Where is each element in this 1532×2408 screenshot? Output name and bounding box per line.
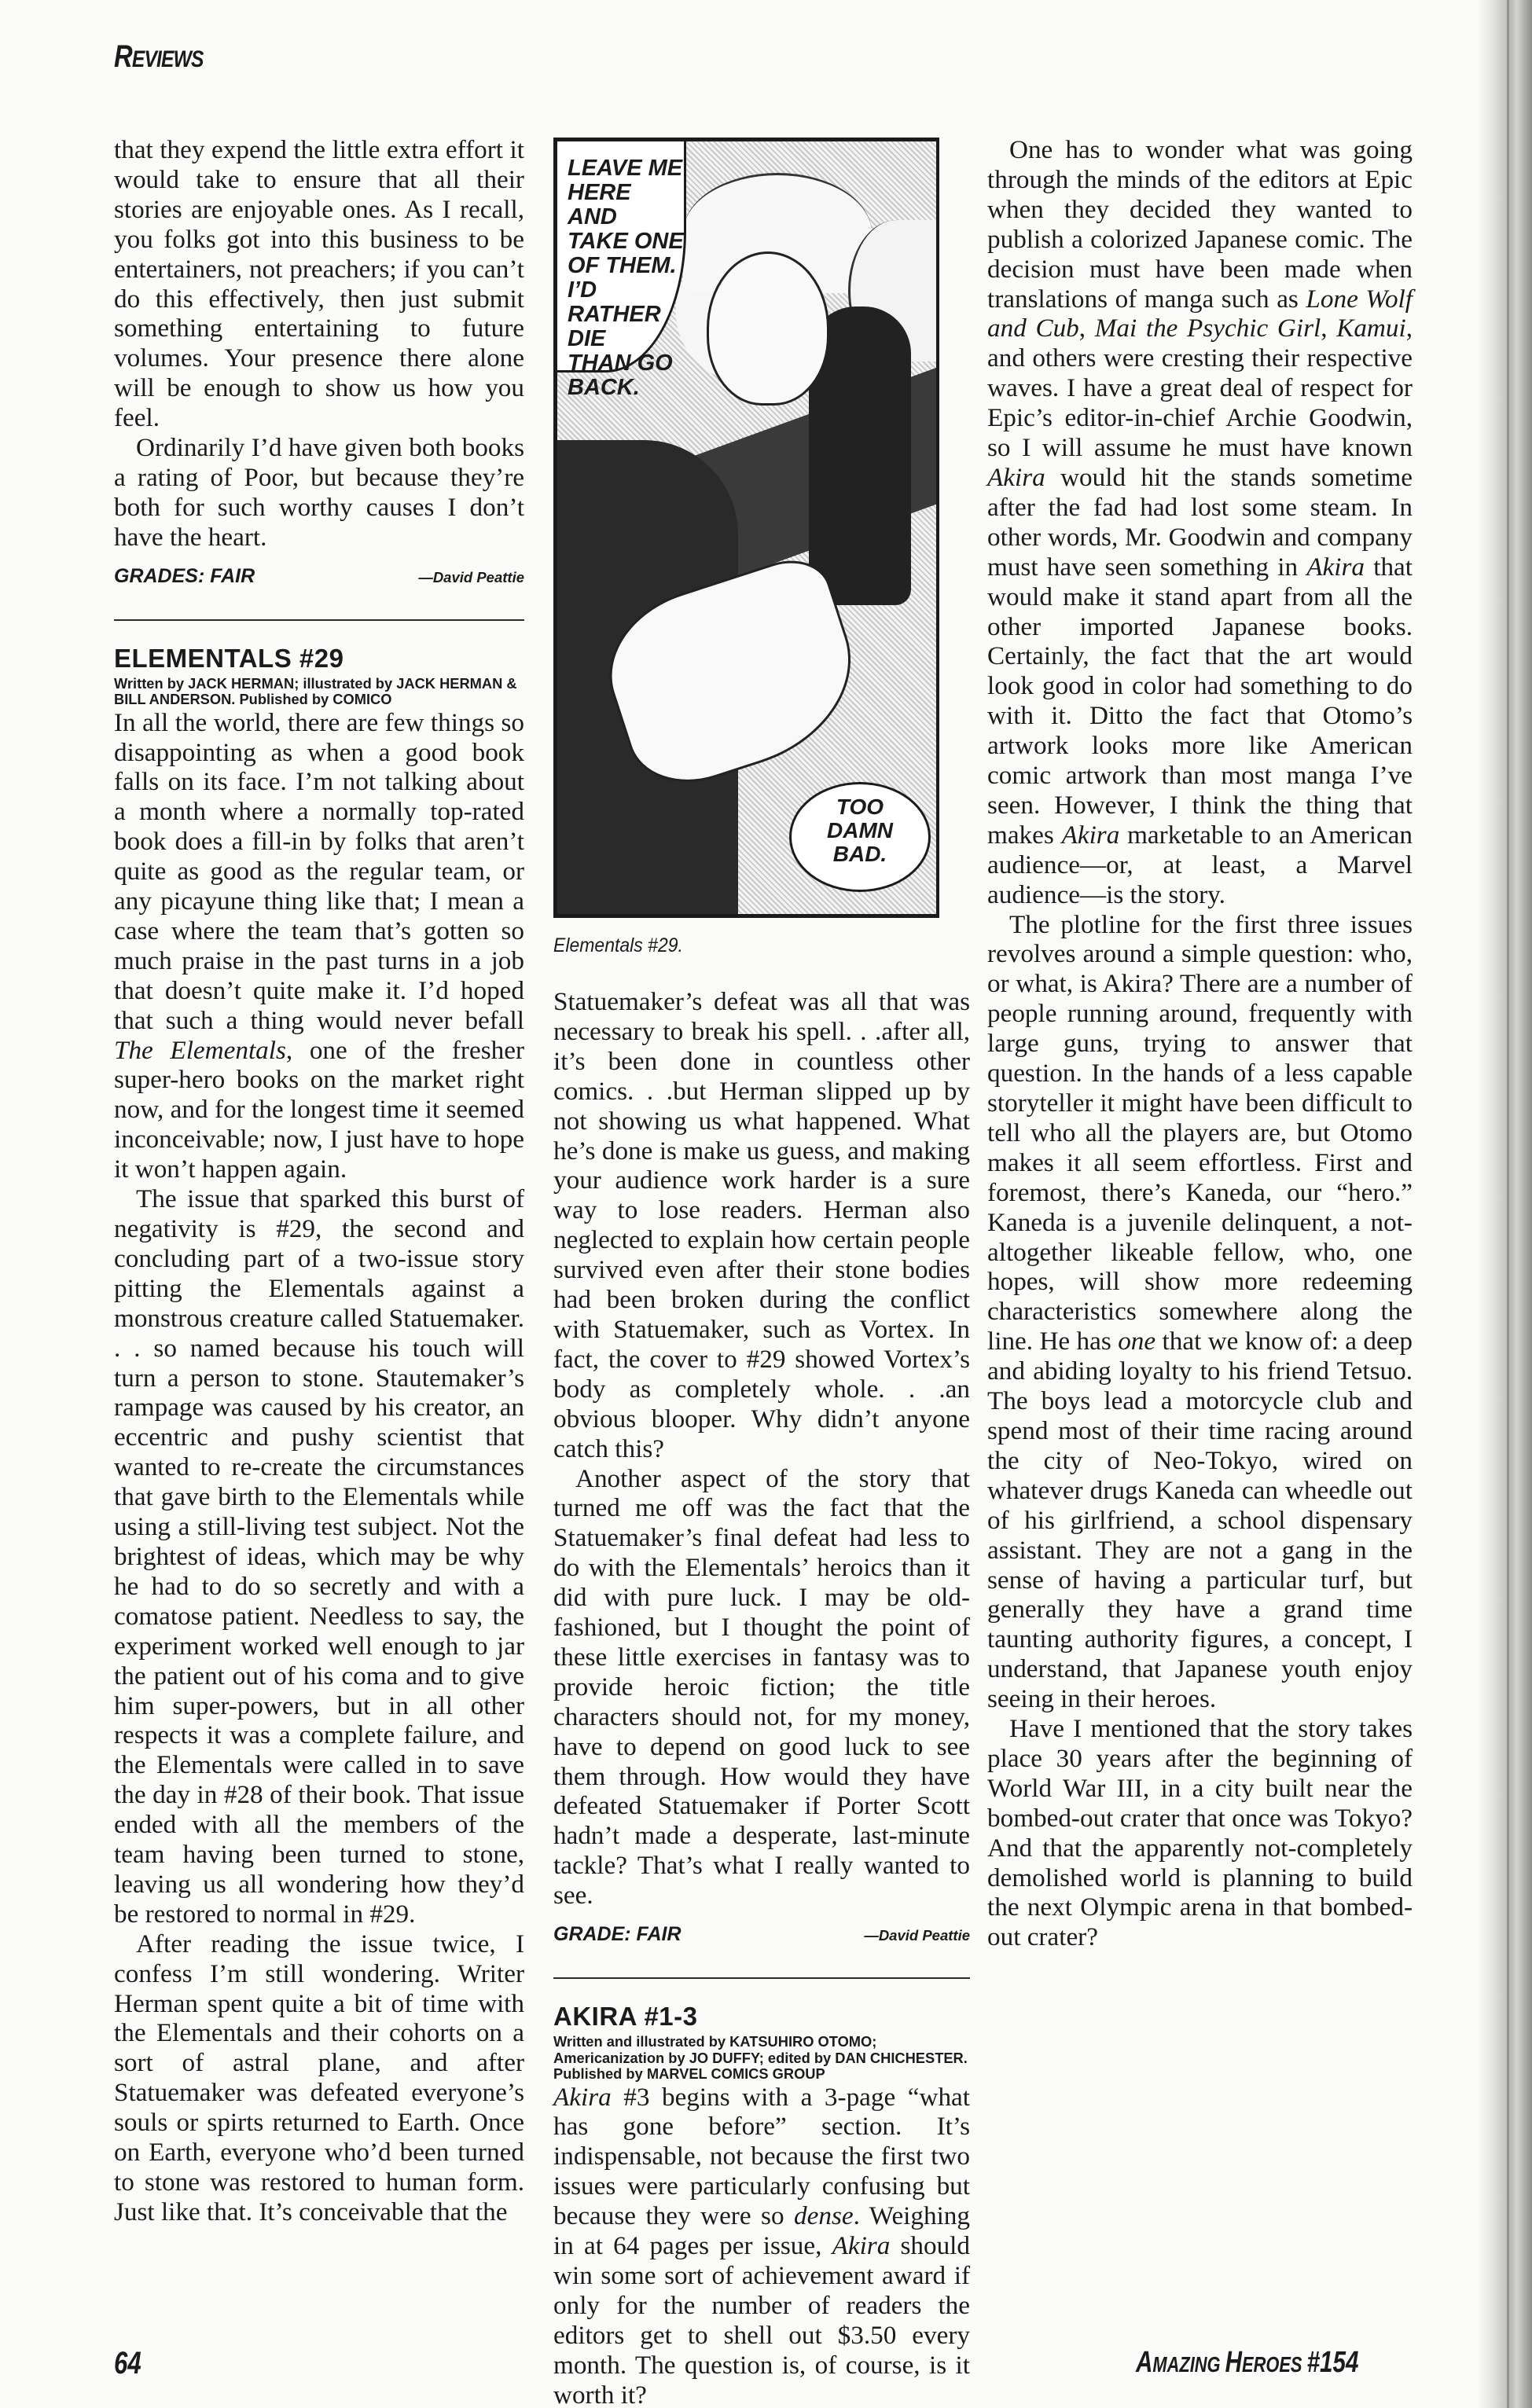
- review-credits-elementals: Written by JACK HERMAN; illustrated by J…: [114, 676, 524, 708]
- reviewer-byline: —David Peattie: [418, 563, 524, 593]
- left-column: that they expend the little extra effort…: [114, 135, 524, 2227]
- speech-balloon: TOO DAMN BAD.: [789, 782, 931, 892]
- emphasis: dense: [794, 2201, 854, 2230]
- title-reference: The Elementals: [114, 1036, 286, 1065]
- elementals-paragraph-3-continued: Statuemaker’s defeat was all that was ne…: [553, 987, 970, 1464]
- middle-column: LEAVE ME HERE AND TAKE ONE OF THEM. I’D …: [553, 135, 970, 2408]
- page-number: 64: [114, 2346, 141, 2381]
- elementals-grade-line: GRADE: FAIR —David Peattie: [553, 1920, 970, 1951]
- grade-label: GRADES: FAIR: [114, 562, 255, 592]
- title-reference: Akira: [1062, 820, 1120, 850]
- page-binding-shadow: [1477, 0, 1532, 2408]
- section-divider: [114, 619, 524, 621]
- running-head-rest: EVIEWS: [132, 46, 204, 72]
- title-reference: Kamui: [1336, 314, 1406, 343]
- title-reference: Mai the Psychic Girl: [1095, 314, 1321, 343]
- comic-panel-illustration: LEAVE ME HERE AND TAKE ONE OF THEM. I’D …: [553, 138, 939, 918]
- elementals-paragraph-2: The issue that sparked this burst of neg…: [114, 1184, 524, 1929]
- elementals-paragraph-4: Another aspect of the story that turned …: [553, 1464, 970, 1911]
- section-divider: [553, 1977, 970, 1979]
- previous-review-closing: Ordinarily I’d have given both books a r…: [114, 433, 524, 552]
- previous-review-continuation: that they expend the little extra effort…: [114, 135, 524, 433]
- running-head: REVIEWS: [114, 39, 204, 75]
- magazine-issue-footer: AMAZING HEROES #154: [1136, 2346, 1359, 2380]
- review-credits-akira: Written and illustrated by KATSUHIRO OTO…: [553, 2034, 970, 2083]
- title-reference: Akira: [832, 2231, 891, 2260]
- akira-paragraph-1: Akira #3 begins with a 3-page “what has …: [553, 2083, 970, 2408]
- akira-paragraph-3: The plotline for the first three issues …: [987, 910, 1413, 1714]
- right-column: One has to wonder what was going through…: [987, 135, 1413, 1952]
- review-title-elementals: ELEMENTALS #29: [114, 644, 524, 673]
- figure-face: [707, 251, 829, 406]
- akira-paragraph-4: Have I mentioned that the story takes pl…: [987, 1714, 1413, 1952]
- title-reference: Akira: [987, 463, 1045, 492]
- elementals-paragraph-1: In all the world, there are few things s…: [114, 708, 524, 1185]
- previous-review-grade-line: GRADES: FAIR —David Peattie: [114, 562, 524, 593]
- title-reference: Akira: [553, 2083, 612, 2112]
- elementals-paragraph-3: After reading the issue twice, I confess…: [114, 1929, 524, 2227]
- running-head-initial: R: [114, 39, 132, 74]
- speech-balloon: LEAVE ME HERE AND TAKE ONE OF THEM. I’D …: [553, 138, 686, 373]
- grade-label: GRADE: FAIR: [553, 1920, 682, 1950]
- title-reference: Akira: [1306, 552, 1365, 582]
- review-title-akira: AKIRA #1-3: [553, 2002, 970, 2031]
- illustration-caption: Elementals #29.: [553, 934, 937, 957]
- akira-paragraph-2: One has to wonder what was going through…: [987, 135, 1413, 910]
- emphasis: one: [1118, 1327, 1155, 1356]
- reviewer-byline: —David Peattie: [864, 1921, 970, 1951]
